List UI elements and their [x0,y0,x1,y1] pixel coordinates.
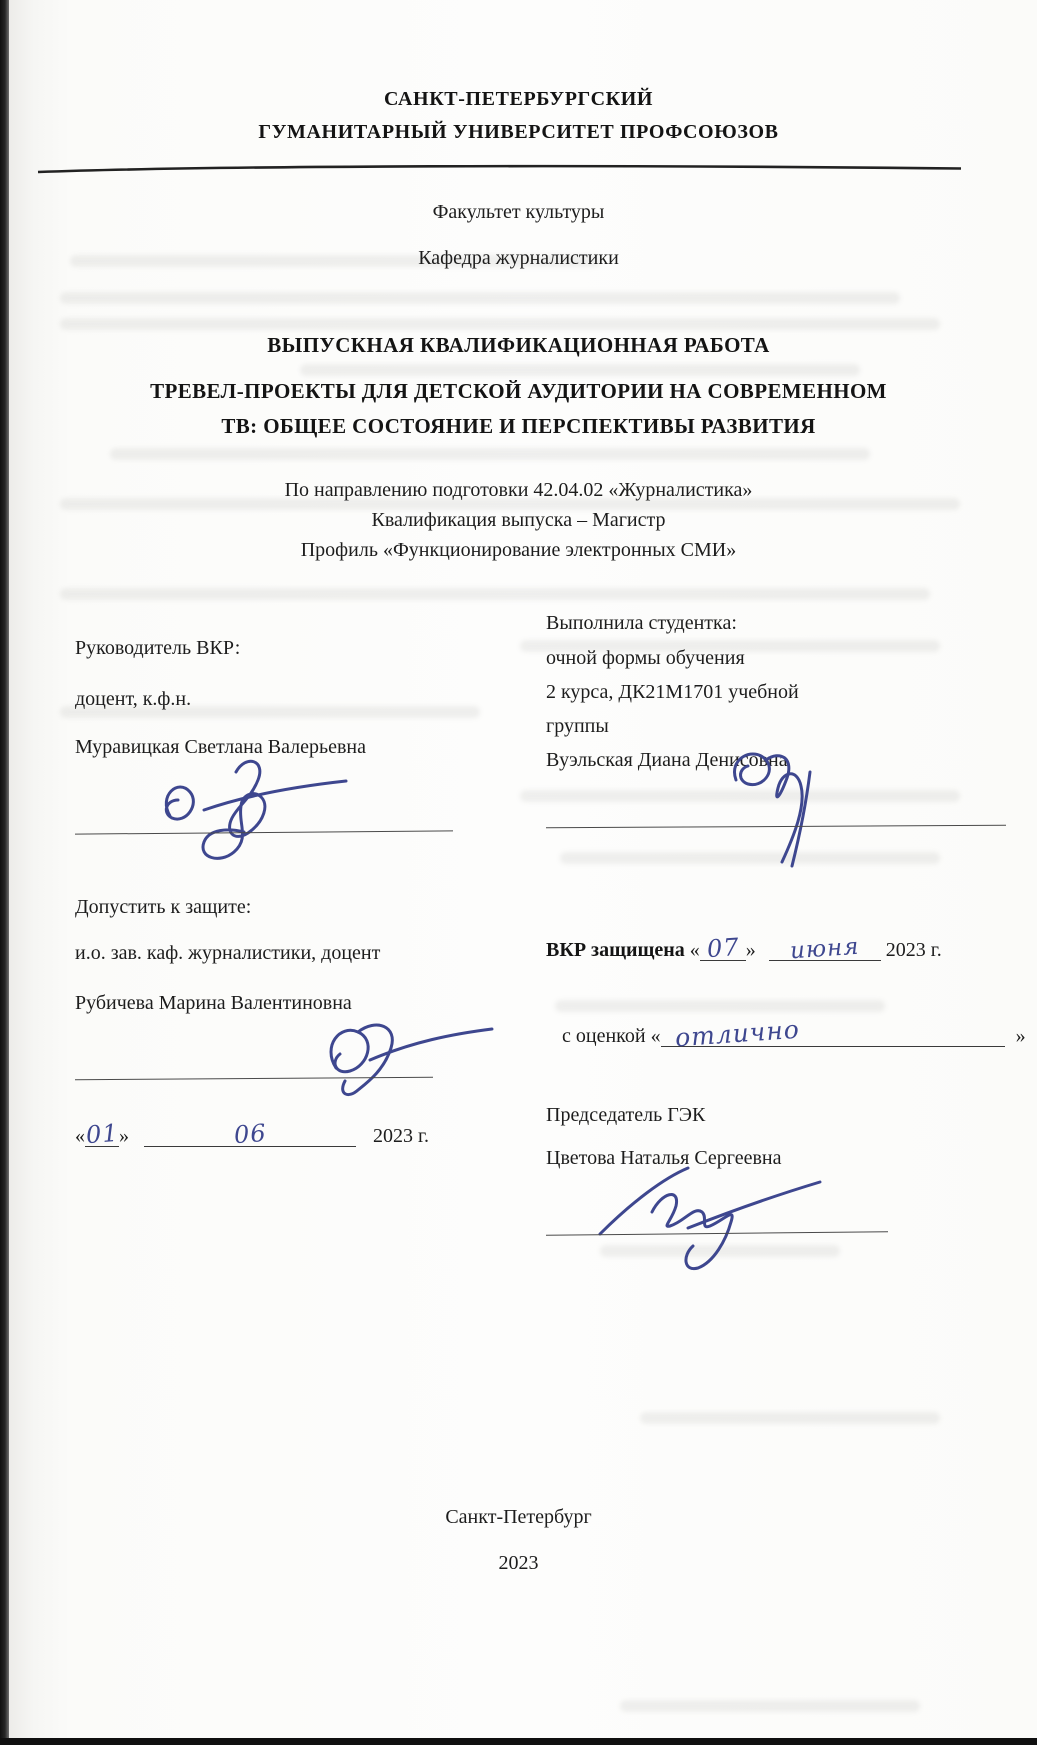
bleed-through-artifact [60,588,930,600]
grade-label: с оценкой [562,1025,646,1047]
university-name-line1: САНКТ-ПЕТЕРБУРГСКИЙ [0,88,1037,111]
chairman-signature [588,1160,828,1275]
admission-year: 2023 г. [373,1125,429,1147]
student-signature [718,742,833,872]
supervisor-degree: доцент, к.ф.н. [75,688,191,711]
defense-date-line: ВКР защищена «07» июня 2023 г. [546,938,942,962]
faculty-line: Факультет культуры [0,201,1037,224]
grade-quote-close: » [1016,1025,1026,1047]
bleed-through-artifact [60,318,940,330]
footer-city: Санкт-Петербург [0,1506,1037,1529]
defense-year: 2023 г. [886,939,942,961]
chairman-label: Председатель ГЭК [546,1104,705,1127]
grade-line: с оценкой «отлично » [562,1024,1026,1048]
defense-label: ВКР защищена [546,939,685,961]
student-group-line1: 2 курса, ДК21М1701 учебной [546,681,799,704]
footer-year: 2023 [0,1552,1037,1575]
work-type-heading: ВЫПУСКНАЯ КВАЛИФИКАЦИОННАЯ РАБОТА [0,333,1037,358]
supervisor-label: Руководитель ВКР: [75,637,240,660]
admission-position: и.о. зав. каф. журналистики, доцент [75,942,380,965]
bleed-through-artifact [555,1000,885,1012]
admission-month-handwritten: 06 [233,1123,267,1145]
defense-quote-open: « [690,939,700,961]
profile-line: Профиль «Функционирование электронных СМ… [0,539,1037,562]
defense-day-handwritten: 07 [706,937,740,959]
admission-quote-close: » [119,1125,129,1147]
admission-signature [296,1016,506,1108]
scan-edge-left [0,0,9,1745]
thesis-title-line2: ТВ: ОБЩЕЕ СОСТОЯНИЕ И ПЕРСПЕКТИВЫ РАЗВИТ… [0,414,1037,439]
admission-name: Рубичева Марина Валентиновна [75,992,352,1015]
scan-edge-bottom [0,1738,1037,1745]
department-line: Кафедра журналистики [0,247,1037,270]
student-group-line2: группы [546,715,609,738]
student-label: Выполнила студентка: [546,612,737,635]
program-direction-line: По направлению подготовки 42.04.02 «Журн… [0,479,1037,502]
bleed-through-artifact [640,1412,940,1424]
student-study-form: очной формы обучения [546,647,745,670]
scanned-title-page: САНКТ-ПЕТЕРБУРГСКИЙ ГУМАНИТАРНЫЙ УНИВЕРС… [0,0,1037,1745]
bleed-through-artifact [620,1700,920,1712]
admission-date-line: «01» 06 2023 г. [75,1124,429,1148]
admission-quote-open: « [75,1125,85,1147]
bleed-through-artifact [110,448,870,460]
bleed-through-artifact [60,292,900,304]
defense-quote-close: » [746,939,756,961]
header-divider-rule [37,163,963,175]
university-name-line2: ГУМАНИТАРНЫЙ УНИВЕРСИТЕТ ПРОФСОЮЗОВ [0,121,1037,144]
supervisor-signature [140,752,350,872]
admission-day-handwritten: 01 [85,1123,119,1145]
qualification-line: Квалификация выпуска – Магистр [0,509,1037,532]
defense-month-handwritten: июня [789,937,860,962]
bleed-through-artifact [300,364,860,376]
grade-handwritten: отлично [674,1020,800,1049]
grade-quote-open: « [651,1025,661,1047]
admission-label: Допустить к защите: [75,896,251,919]
thesis-title-line1: ТРЕВЕЛ-ПРОЕКТЫ ДЛЯ ДЕТСКОЙ АУДИТОРИИ НА … [0,379,1037,404]
